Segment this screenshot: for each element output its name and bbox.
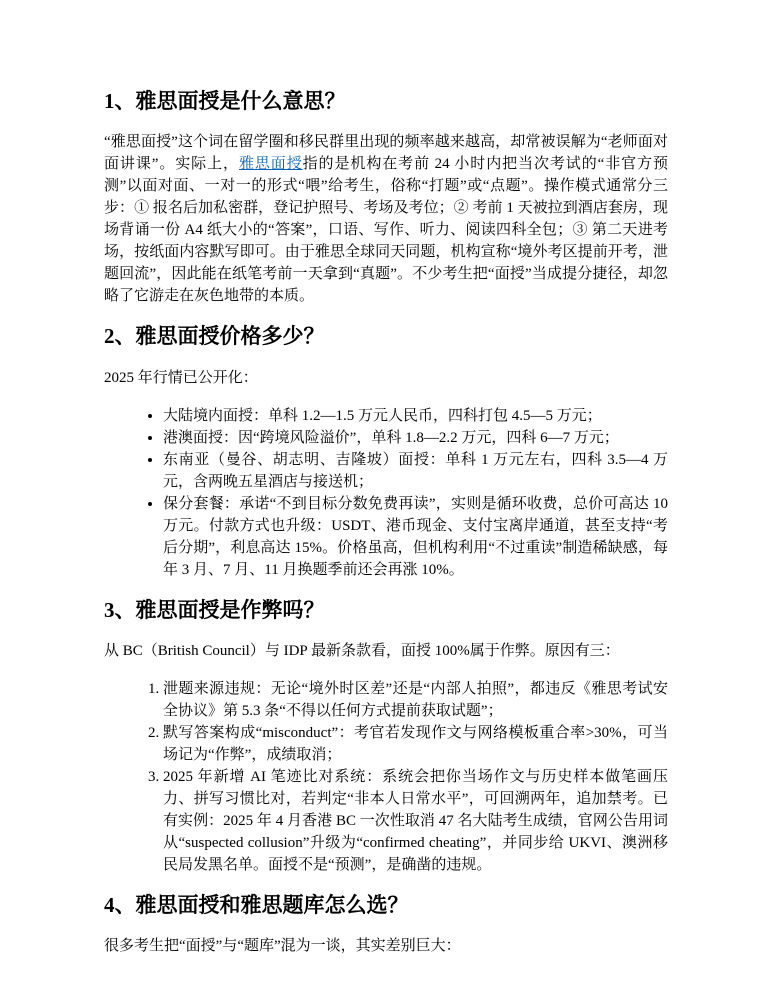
reason-item-leak-source: 泄题来源违规：无论“境外时区差”还是“内部人拍照”，都违反《雅思考试安全协议》第…	[163, 678, 668, 722]
section-4-heading: 4、雅思面授和雅思题库怎么选？	[104, 892, 668, 919]
ielts-mianshou-link[interactable]: 雅思面授	[239, 156, 303, 172]
section-1-paragraph: “雅思面授”这个词在留学圈和移民群里出现的频率越来越高，却常被误解为“老师面对面…	[104, 131, 668, 307]
price-item-southeast-asia: 东南亚（曼谷、胡志明、吉隆坡）面授：单科 1 万元左右，四科 3.5—4 万元，…	[163, 449, 668, 493]
section-4-intro: 很多考生把“面授”与“题库”混为一谈，其实差别巨大：	[104, 935, 668, 957]
section-1-heading: 1、雅思面授是什么意思？	[104, 88, 668, 115]
price-item-guarantee-package: 保分套餐：承诺“不到目标分数免费再读”，实则是循环收费，总价可高达 10 万元。…	[163, 493, 668, 581]
section-2-heading: 2、雅思面授价格多少？	[104, 323, 668, 350]
reason-item-misconduct: 默写答案构成“misconduct”：考官若发现作文与网络模板重合率>30%，可…	[163, 722, 668, 766]
section-3-heading: 3、雅思面授是作弊吗？	[104, 597, 668, 624]
price-item-mainland: 大陆境内面授：单科 1.2—1.5 万元人民币，四科打包 4.5—5 万元；	[163, 405, 668, 427]
document-page: 1、雅思面授是什么意思？ “雅思面授”这个词在留学圈和移民群里出现的频率越来越高…	[0, 0, 768, 994]
cheating-reasons-list: 泄题来源违规：无论“境外时区差”还是“内部人拍照”，都违反《雅思考试安全协议》第…	[104, 678, 668, 876]
section-3-intro: 从 BC（British Council）与 IDP 最新条款看，面授 100%…	[104, 640, 668, 662]
price-bullet-list: 大陆境内面授：单科 1.2—1.5 万元人民币，四科打包 4.5—5 万元； 港…	[104, 405, 668, 581]
section-2-intro: 2025 年行情已公开化：	[104, 367, 668, 389]
price-item-hk-macau: 港澳面授：因“跨境风险溢价”，单科 1.8—2.2 万元，四科 6—7 万元；	[163, 427, 668, 449]
reason-item-ai-handwriting: 2025 年新增 AI 笔迹比对系统：系统会把你当场作文与历史样本做笔画压力、拼…	[163, 766, 668, 876]
section-1-text-after-link: 指的是机构在考前 24 小时内把当次考试的“非官方预测”以面对面、一对一的形式“…	[104, 156, 668, 304]
